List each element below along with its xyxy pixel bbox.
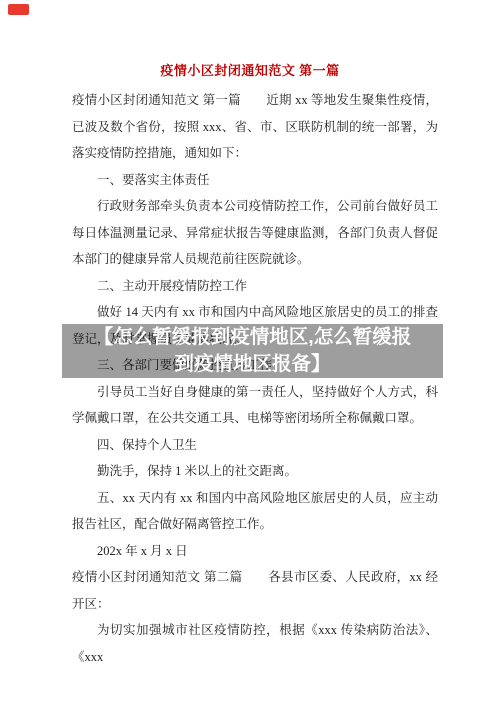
paragraph: 为切实加强城市社区疫情防控，根据《xxx 传染病防治法》、《xxx [72,617,438,670]
document-page: { "badge": { "color": "#e8392f" }, "titl… [0,0,500,706]
paragraph: 疫情小区封闭通知范文 第一篇 近期 xx 等地发生聚集性疫情，已波及数个省份，按… [72,87,438,167]
paragraph: 引导员工当好自身健康的第一责任人，坚持做好个人方式，科学佩戴口罩，在公共交通工具… [72,379,438,432]
page-title: 疫情小区封闭通知范文 第一篇 [0,60,500,79]
document-body: 疫情小区封闭通知范文 第一篇 近期 xx 等地发生聚集性疫情，已波及数个省份，按… [72,87,438,670]
overlay-ad-banner: 【怎么暂缓报到疫情地区,怎么暂缓报 到疫情地区报备】 [62,324,443,378]
overlay-text-line1: 【怎么暂缓报到疫情地区,怎么暂缓报 [62,324,443,351]
paragraph: 一、要落实主体责任 [72,167,438,194]
paragraph: 行政财务部牵头负责本公司疫情防控工作，公司前台做好员工每日体温测量记录、异常症状… [72,193,438,273]
paragraph: 四、保持个人卫生 [72,432,438,459]
corner-badge [8,4,29,15]
paragraph: 勤洗手，保持 1 米以上的社交距离。 [72,458,438,485]
paragraph: 疫情小区封闭通知范文 第二篇 各县市区委、人民政府，xx 经开区： [72,564,438,617]
paragraph: 五、xx 天内有 xx 和国内中高风险地区旅居史的人员，应主动报告社区，配合做好… [72,485,438,538]
paragraph: 202x 年 x 月 x 日 [72,538,438,565]
paragraph: 二、主动开展疫情防控工作 [72,273,438,300]
overlay-text-line2: 到疫情地区报备】 [62,351,443,378]
